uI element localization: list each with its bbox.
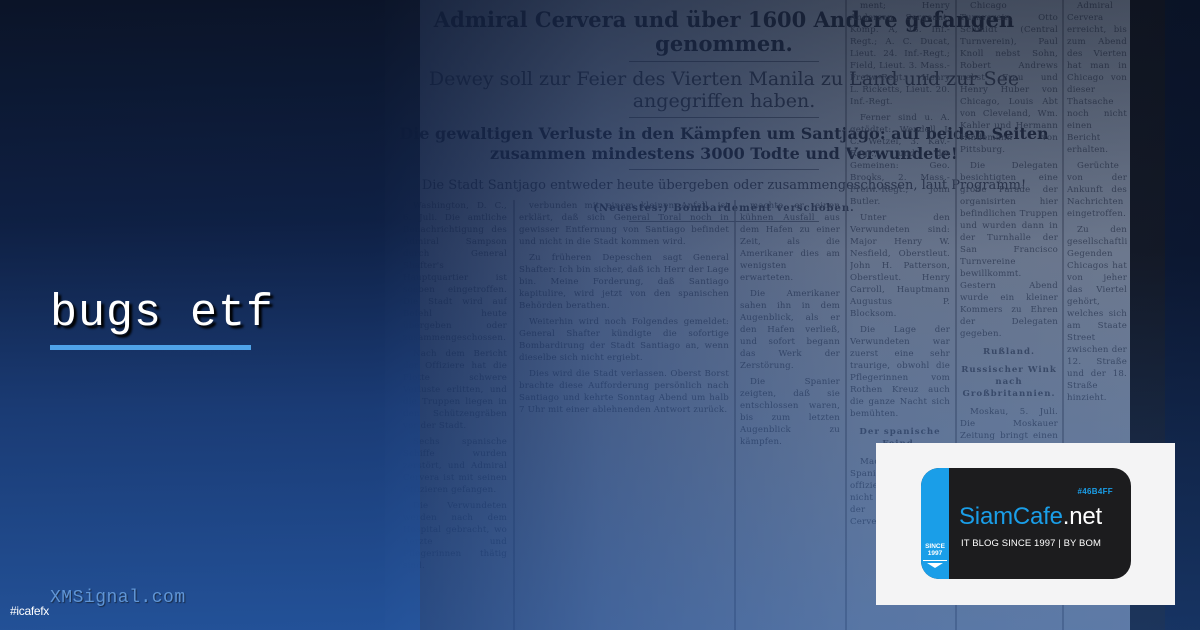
title-underline (50, 345, 251, 350)
logo-since-label: SINCE 1997 (921, 543, 949, 557)
site-watermark: XMSignal.com (50, 588, 186, 608)
chevron-down-icon (927, 563, 943, 568)
logo-brand-name: SiamCafe.net (959, 503, 1102, 531)
logo-hex-label: #46B4FF (1078, 487, 1113, 496)
logo-side-stripe: SINCE 1997 (921, 468, 949, 579)
since-divider (923, 560, 947, 561)
siamcafe-logo-card: SINCE 1997 #46B4FF SiamCafe.net IT BLOG … (876, 443, 1175, 605)
siamcafe-logo: SINCE 1997 #46B4FF SiamCafe.net IT BLOG … (921, 468, 1131, 579)
hashtag: #icafefx (10, 604, 49, 618)
page-title: bugs etf (50, 288, 274, 340)
since-year: 1997 (921, 550, 949, 557)
brand-main: SiamCafe (959, 503, 1063, 530)
logo-tagline: IT BLOG SINCE 1997 | BY BOM (961, 538, 1101, 549)
since-text: SINCE (921, 543, 949, 550)
brand-suffix: .net (1063, 503, 1102, 530)
